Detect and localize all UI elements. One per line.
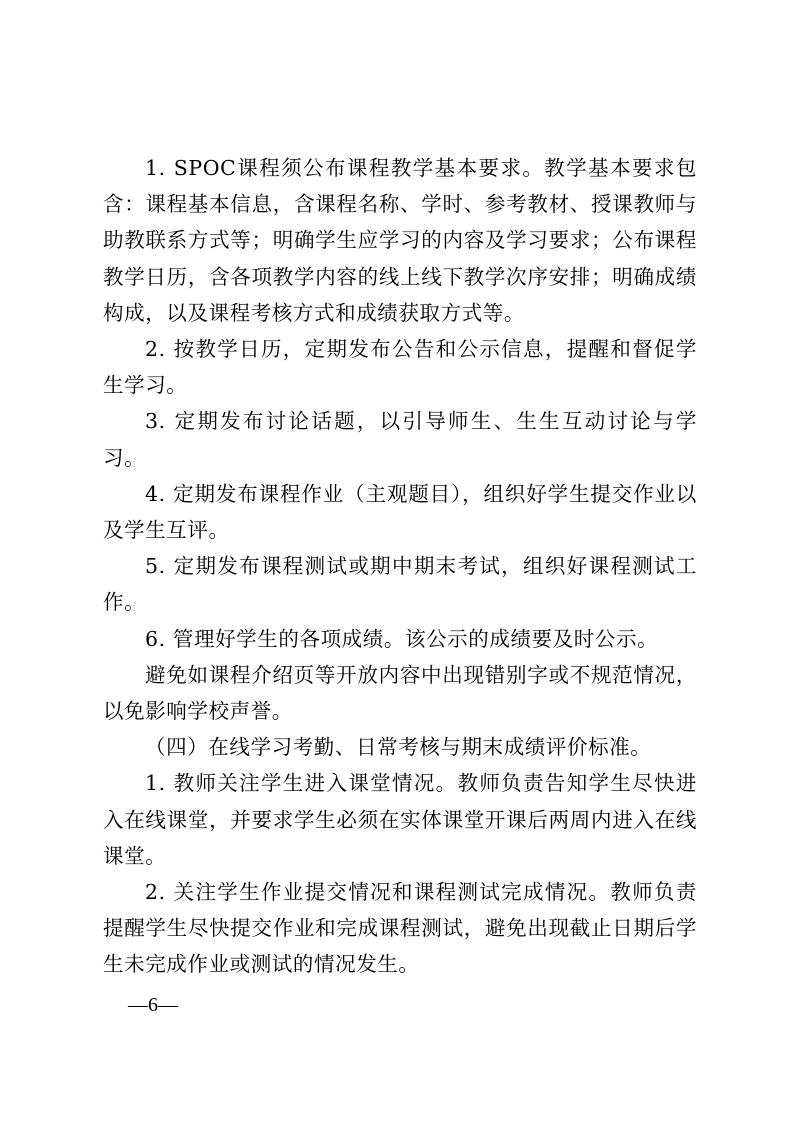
paragraph-grades: 6. 管理好学生的各项成绩。该公示的成绩要及时公示。	[103, 621, 697, 657]
paragraph-attendance: 1. 教师关注学生进入课堂情况。教师负责告知学生尽快进入在线课堂，并要求学生必须…	[103, 765, 697, 874]
paragraph-announcements: 2. 按教学日历，定期发布公告和公示信息，提醒和督促学生学习。	[103, 331, 697, 403]
paragraph-homework: 4. 定期发布课程作业（主观题目），组织好学生提交作业以及学生互评。	[103, 476, 697, 548]
paragraph-tests: 5. 定期发布课程测试或期中期末考试，组织好课程测试工作。	[103, 548, 697, 620]
section-heading-4: （四）在线学习考勤、日常考核与期末成绩评价标准。	[103, 729, 697, 765]
paragraph-discussion: 3. 定期发布讨论话题，以引导师生、生生互动讨论与学习。	[103, 403, 697, 475]
paragraph-spoc-requirements: 1. SPOC课程须公布课程教学基本要求。教学基本要求包含：课程基本信息，含课程…	[103, 150, 697, 331]
paragraph-submission: 2. 关注学生作业提交情况和课程测试完成情况。教师负责提醒学生尽快提交作业和完成…	[103, 874, 697, 983]
paragraph-avoid-errors: 避免如课程介绍页等开放内容中出现错别字或不规范情况，以免影响学校声誉。	[103, 657, 697, 729]
document-body: 1. SPOC课程须公布课程教学基本要求。教学基本要求包含：课程基本信息，含课程…	[103, 150, 697, 983]
page-number: —6—	[128, 994, 178, 1017]
